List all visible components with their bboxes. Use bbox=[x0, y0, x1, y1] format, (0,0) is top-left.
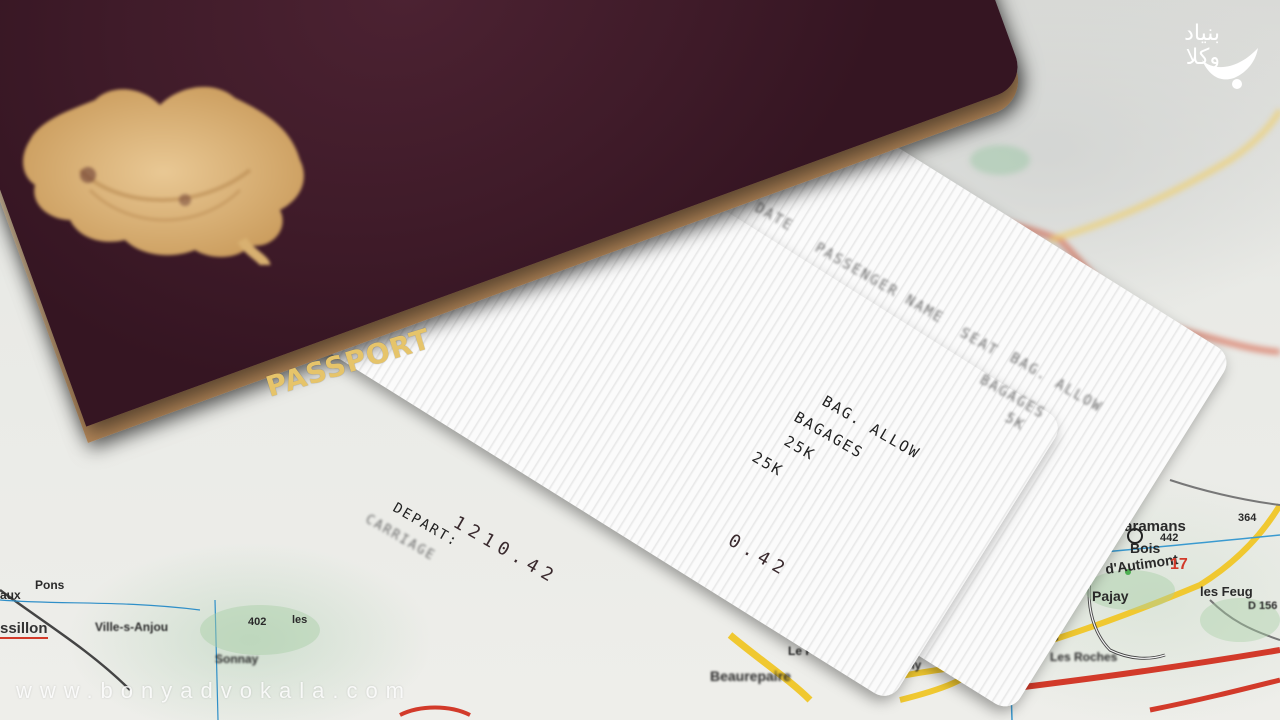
map-label: Ville-s-Anjou bbox=[95, 620, 168, 634]
map-label: Les Roches bbox=[1050, 650, 1117, 664]
photo-scene: Chardon D 37 Pommier- de-Beaurepaire Pom… bbox=[0, 0, 1280, 720]
map-label: D 156 bbox=[1248, 600, 1277, 612]
map-label: Pons bbox=[35, 578, 64, 592]
map-label: 442 bbox=[1160, 532, 1178, 544]
map-label: 17 bbox=[1170, 556, 1188, 574]
map-label: 402 bbox=[248, 616, 266, 628]
map-label: les bbox=[292, 614, 307, 626]
coat-of-arms-emblem-icon bbox=[10, 80, 310, 265]
website-url-watermark: www.bonyadvokala.com bbox=[16, 678, 412, 704]
map-label: les Feug bbox=[1200, 584, 1253, 599]
map-label: Beaurepaire bbox=[710, 668, 791, 684]
map-label: Pajay bbox=[1092, 588, 1129, 604]
brand-logo: بنیاد وکلا bbox=[1148, 22, 1260, 88]
map-label: aux bbox=[0, 588, 21, 602]
map-label: ssillon bbox=[0, 620, 48, 639]
map-label: 364 bbox=[1238, 512, 1256, 524]
map-label: Sonnay bbox=[215, 652, 258, 666]
brand-swoosh-icon bbox=[1200, 40, 1260, 90]
